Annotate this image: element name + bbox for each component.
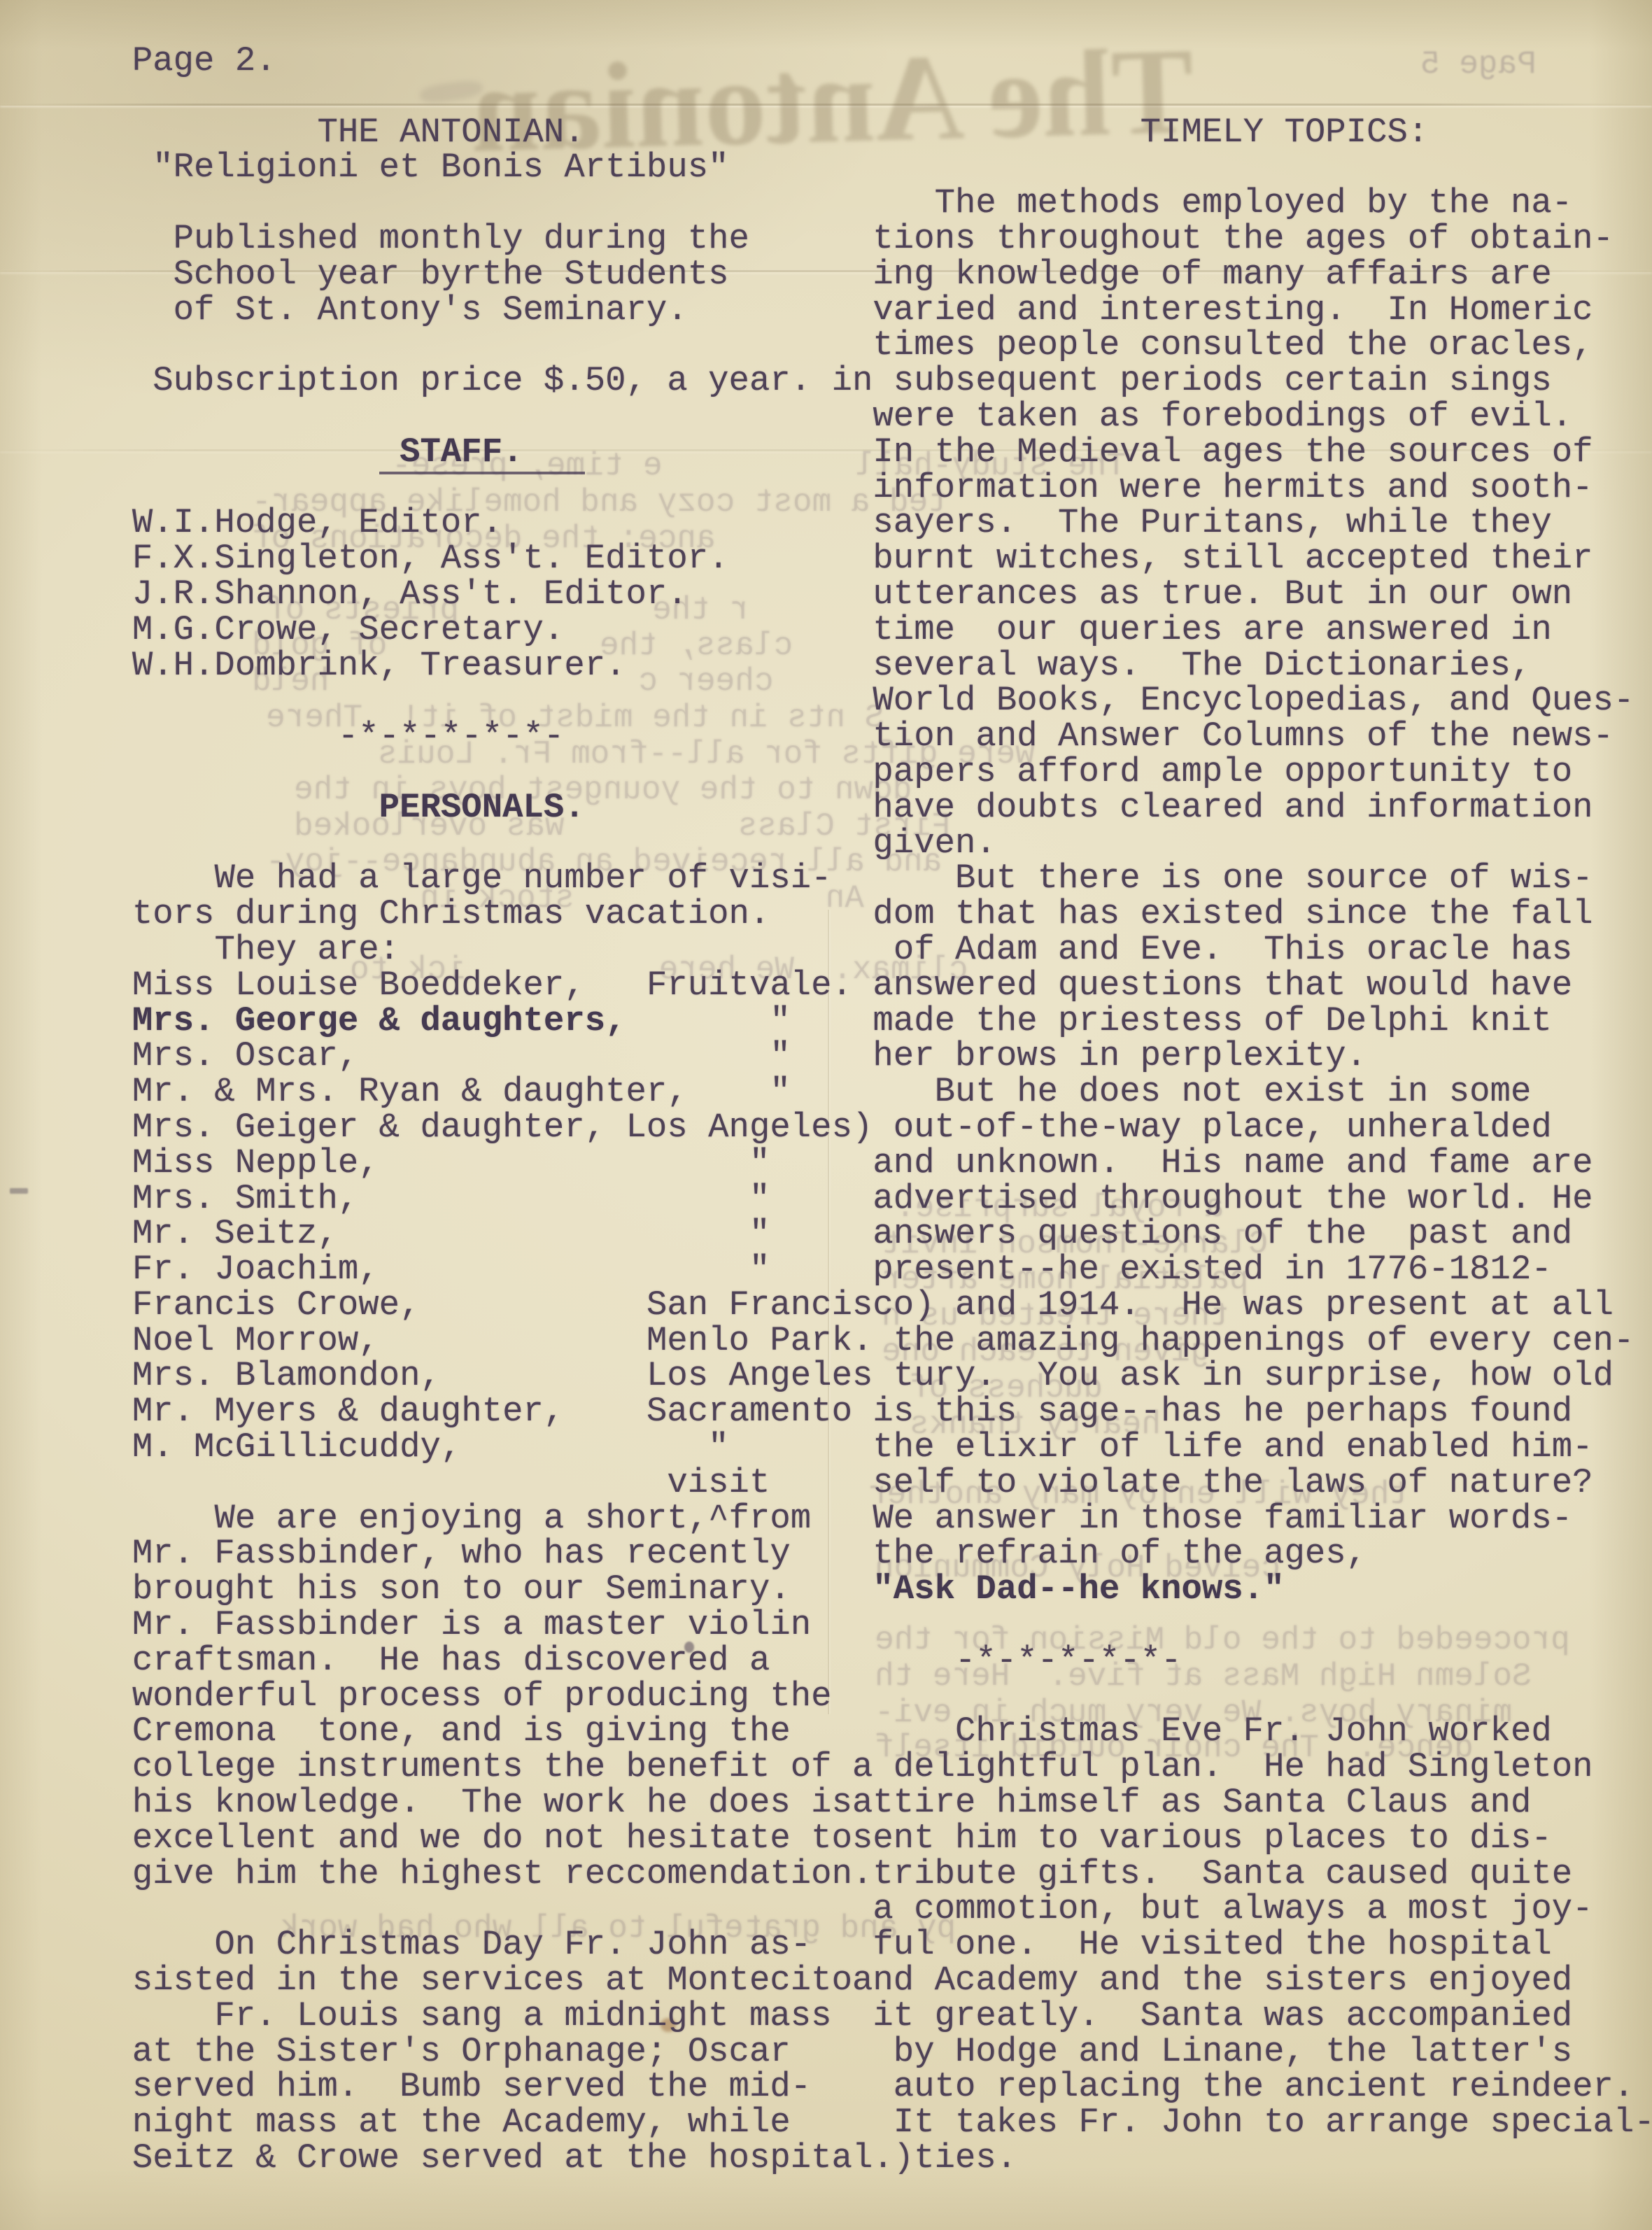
text-line: THE ANTONIAN. TIMELY TOPICS: — [91, 115, 1652, 150]
text-segment: M. McGillicuddy, — [132, 1427, 461, 1467]
text-segment: "Ask Dad--he knows." — [873, 1569, 1284, 1609]
text-segment: Sacramento — [647, 1392, 852, 1431]
text-segment: have doubts cleared and information — [873, 788, 1593, 827]
text-segment: ful one. He visited the hospital — [873, 1925, 1551, 1964]
text-line: Subscription price $.50, a year. in subs… — [91, 363, 1652, 399]
text-segment: present--he existed in 1776-1812- — [873, 1250, 1551, 1289]
text-line: times people consulted the oracles, — [91, 327, 1652, 363]
text-segment: Menlo Park. — [647, 1321, 873, 1360]
text-segment: several ways. The Dictionaries, — [873, 646, 1531, 685]
text-line: Noel Morrow, Menlo Park. the amazing hap… — [91, 1323, 1652, 1359]
text-line: information were hermits and sooth- — [91, 470, 1652, 506]
text-line: given. — [91, 826, 1652, 861]
text-segment: sent him to various places to dis- — [852, 1819, 1552, 1858]
text-segment: Mrs. Smith, — [132, 1179, 358, 1218]
text-segment: tions throughout the ages of obtain- — [873, 219, 1614, 258]
text-segment: We had a large number of visi- — [214, 859, 831, 898]
text-line: Mr. Myers & daughter, Sacramento is this… — [91, 1394, 1652, 1430]
text-segment: of St. Antony's Seminary. — [174, 290, 688, 330]
text-line: excellent and we do not hesitate tosent … — [91, 1821, 1652, 1856]
text-segment: at the Sister's Orphanage; Oscar — [132, 2032, 791, 2071]
text-segment: varied and interesting. In Homeric — [873, 290, 1593, 330]
text-segment: Fr. Louis sang a midnight mass — [214, 1996, 831, 2035]
text-line: -*-*-*-*-*- tion and Answer Columns of t… — [91, 719, 1652, 754]
text-line: Miss Louise Boeddeker, Fruitvale. answer… — [91, 968, 1652, 1003]
text-line: Mrs. Oscar, " her brows in perplexity. — [91, 1038, 1652, 1074]
text-line: Mrs. Blamondon, Los Angeles tury. You as… — [91, 1358, 1652, 1394]
text-segment: the elixir of life and enabled him- — [873, 1427, 1593, 1467]
text-segment: Los Angeles — [647, 1356, 873, 1395]
text-segment: M.G.Crowe, Secretary. — [132, 610, 565, 649]
text-segment: Mr. Seitz, — [132, 1214, 338, 1253]
text-line: tors during Christmas vacation. dom that… — [91, 896, 1652, 932]
text-line — [91, 79, 1652, 115]
text-line: papers afford ample opportunity to — [91, 754, 1652, 790]
typed-text-layer: Page 2. THE ANTONIAN. TIMELY TOPICS: "Re… — [0, 0, 1652, 2176]
text-segment: Mrs. George & daughters, — [132, 1001, 626, 1040]
text-segment: " — [770, 1036, 790, 1075]
text-segment: times people consulted the oracles, — [873, 325, 1593, 365]
text-segment: Seitz & Crowe served at the hospital.) — [132, 2138, 914, 2178]
text-segment: time our queries are answered in — [873, 610, 1551, 649]
text-line: Mr. Fassbinder is a master violin — [91, 1607, 1652, 1643]
text-segment: -*-*-*-*-*- — [338, 717, 564, 756]
text-segment: Cremona tone, and is giving the — [132, 1712, 791, 1751]
text-line: School year byrthe Students ing knowledg… — [91, 257, 1652, 292]
text-segment: TIMELY TOPICS: — [1141, 113, 1429, 152]
text-line: Mrs. Smith, " advertised throughout the … — [91, 1181, 1652, 1217]
text-segment: The methods employed by the na- — [935, 183, 1573, 223]
text-line: F.X.Singleton, Ass't. Editor. burnt witc… — [91, 541, 1652, 577]
text-segment: and 1914. He was present at all — [955, 1285, 1614, 1325]
text-line: Seitz & Crowe served at the hospital.)ti… — [91, 2140, 1652, 2176]
text-line: W.H.Dombrink, Treasurer. several ways. T… — [91, 648, 1652, 684]
text-segment: But he does not exist in some — [935, 1072, 1532, 1111]
text-segment: " — [749, 1143, 770, 1183]
text-segment: sisted in the services at Montecito — [132, 1961, 852, 2000]
text-line: Mr. Fassbinder, who has recently the ref… — [91, 1536, 1652, 1572]
text-segment: " — [770, 1001, 790, 1040]
text-line: They are: of Adam and Eve. This oracle h… — [91, 932, 1652, 968]
text-segment: night mass at the Academy, while — [132, 2103, 791, 2142]
text-segment: by Hodge and Linane, the latter's — [894, 2032, 1572, 2071]
text-segment: It takes Fr. John to arrange special- — [894, 2103, 1652, 2142]
text-segment: W.I.Hodge, Editor. — [132, 503, 502, 542]
text-segment: burnt witches, still accepted their — [873, 539, 1593, 578]
text-segment: a delightful plan. He had Singleton — [852, 1747, 1593, 1786]
text-segment: But there is one source of wis- — [955, 859, 1593, 898]
text-segment: information were hermits and sooth- — [873, 468, 1593, 507]
text-segment: in subsequent periods certain sings — [832, 361, 1552, 400]
text-line: Miss Nepple, " and unknown. His name and… — [91, 1145, 1652, 1181]
text-segment: " — [770, 1072, 790, 1111]
text-segment: and unknown. His name and fame are — [873, 1143, 1593, 1183]
text-line: of St. Antony's Seminary. varied and int… — [91, 292, 1652, 328]
text-line: On Christmas Day Fr. John as- ful one. H… — [91, 1927, 1652, 1963]
text-segment: tors during Christmas vacation. — [132, 894, 770, 933]
text-segment: out-of-the-way place, unheralded — [894, 1108, 1552, 1147]
text-line: night mass at the Academy, while It take… — [91, 2105, 1652, 2140]
text-segment: the refrain of the ages, — [873, 1534, 1367, 1573]
text-line: M.G.Crowe, Secretary. time our queries a… — [91, 612, 1652, 648]
text-line: Mr. Seitz, " answers questions of the pa… — [91, 1216, 1652, 1252]
text-segment: of Adam and Eve. This oracle has — [894, 930, 1572, 969]
text-segment: Fr. Joachim, — [132, 1250, 379, 1289]
text-line: Cremona tone, and is giving the Christma… — [91, 1714, 1652, 1749]
text-line: "Religioni et Bonis Artibus" — [91, 150, 1652, 185]
text-segment: sayers. The Puritans, while they — [873, 503, 1551, 542]
text-segment: college instruments the benefit of — [132, 1747, 832, 1786]
text-segment: On Christmas Day Fr. John as- — [214, 1925, 811, 1964]
text-segment: ties. — [914, 2138, 1017, 2178]
text-segment: is this sage--has he perhaps found — [873, 1392, 1572, 1431]
text-line: college instruments the benefit of a del… — [91, 1749, 1652, 1785]
text-segment: -*-*-*-*-*- — [955, 1641, 1181, 1680]
text-segment: "Religioni et Bonis Artibus" — [153, 148, 728, 187]
text-segment: craftsman. He has discovered a — [132, 1641, 770, 1680]
text-segment: Published monthly during the — [174, 219, 749, 258]
text-line: his knowledge. The work he does isattire… — [91, 1785, 1652, 1821]
text-segment: and Academy and the sisters enjoyed — [852, 1961, 1572, 2000]
text-segment: tion and Answer Columns of the news- — [873, 717, 1614, 756]
text-line: We are enjoying a short,^from We answer … — [91, 1501, 1652, 1537]
document-page: The Antonian Page 5 The study-hall e tim… — [0, 0, 1652, 2230]
text-line: Page 2. — [91, 43, 1652, 79]
text-segment: self to violate the laws of nature? — [873, 1463, 1593, 1502]
text-segment: They are: — [214, 930, 400, 969]
text-line: visit self to violate the laws of nature… — [91, 1465, 1652, 1501]
text-segment: Mrs. Blamondon, — [132, 1356, 441, 1395]
text-line: served him. Bumb served the mid- auto re… — [91, 2069, 1652, 2105]
text-line: Mr. & Mrs. Ryan & daughter, " But he doe… — [91, 1074, 1652, 1110]
text-line: World Books, Encyclopedias, and Ques- — [91, 683, 1652, 719]
text-segment: visit — [667, 1463, 770, 1502]
text-line: STAFF. In the Medieval ages the sources … — [91, 435, 1652, 470]
text-line: craftsman. He has discovered a -*-*-*-*-… — [91, 1643, 1652, 1679]
text-segment: " — [749, 1214, 770, 1253]
text-segment: Mrs. Oscar, — [132, 1036, 358, 1075]
text-line: give him the highest reccomendation.trib… — [91, 1856, 1652, 1892]
text-segment: tribute gifts. Santa caused quite — [873, 1854, 1572, 1893]
text-segment: San Francisco) — [647, 1285, 935, 1325]
text-segment: papers afford ample opportunity to — [873, 752, 1572, 791]
text-segment: " — [708, 1427, 728, 1467]
text-segment: made the priestess of Delphi knit — [873, 1001, 1551, 1040]
text-segment: J.R.Shannon, Ass't. Editor. — [132, 574, 688, 614]
text-segment: Miss Louise Boeddeker, — [132, 966, 585, 1005]
text-line: wonderful process of producing the — [91, 1679, 1652, 1714]
text-segment: given. — [873, 824, 996, 863]
text-segment: F.X.Singleton, Ass't. Editor. — [132, 539, 729, 578]
text-segment: World Books, Encyclopedias, and Ques- — [873, 681, 1634, 720]
text-line: brought his son to our Seminary. "Ask Da… — [91, 1572, 1652, 1607]
text-line: Mrs. George & daughters, " made the prie… — [91, 1003, 1652, 1039]
text-segment: dom that has existed since the fall — [873, 894, 1593, 933]
text-line: M. McGillicuddy, " the elixir of life an… — [91, 1430, 1652, 1465]
text-segment: the amazing happenings of every cen- — [894, 1321, 1635, 1360]
text-segment: were taken as forebodings of evil. — [873, 397, 1572, 436]
text-line: at the Sister's Orphanage; Oscar by Hodg… — [91, 2034, 1652, 2070]
text-segment: it greatly. Santa was accompanied — [873, 1996, 1572, 2035]
text-segment: Fruitvale. — [647, 966, 852, 1005]
text-segment: Mr. & Mrs. Ryan & daughter, — [132, 1072, 688, 1111]
text-line: were taken as forebodings of evil. — [91, 399, 1652, 435]
text-segment: School year byrthe Students — [174, 255, 729, 294]
text-segment: a commotion, but always a most joy- — [873, 1889, 1593, 1928]
text-segment: " — [749, 1250, 770, 1289]
text-segment: Mrs. Geiger & daughter, Los Angeles) — [132, 1108, 873, 1147]
text-line: W.I.Hodge, Editor. sayers. The Puritans,… — [91, 505, 1652, 541]
text-segment: Mr. Fassbinder is a master violin — [132, 1605, 811, 1644]
text-segment: Subscription price $.50, a year. — [153, 361, 811, 400]
text-segment: Page 2. — [132, 41, 276, 80]
text-segment: Mr. Fassbinder, who has recently — [132, 1534, 791, 1573]
text-line: We had a large number of visi- But there… — [91, 861, 1652, 896]
text-segment: Francis Crowe, — [132, 1285, 421, 1325]
text-line: PERSONALS. have doubts cleared and infor… — [91, 790, 1652, 826]
text-line: Fr. Joachim, " present--he existed in 17… — [91, 1252, 1652, 1287]
text-segment: excellent and we do not hesitate to — [132, 1819, 852, 1858]
text-segment: Mr. Myers & daughter, — [132, 1392, 565, 1431]
text-segment: tury. You ask in surprise, how old — [894, 1356, 1614, 1395]
text-segment: Miss Nepple, — [132, 1143, 379, 1183]
text-segment: attire himself as Santa Claus and — [852, 1783, 1531, 1822]
text-line: The methods employed by the na- — [91, 185, 1652, 221]
text-line: Published monthly during the tions throu… — [91, 221, 1652, 257]
text-segment: brought his son to our Seminary. — [132, 1569, 791, 1609]
text-segment: In the Medieval ages the sources of — [873, 432, 1593, 472]
text-segment: ing knowledge of many affairs are — [873, 255, 1551, 294]
text-segment: " — [749, 1179, 770, 1218]
text-segment: her brows in perplexity. — [873, 1036, 1367, 1075]
text-segment: advertised throughout the world. He — [873, 1179, 1593, 1218]
text-segment: PERSONALS. — [379, 788, 585, 827]
text-segment: give him the highest reccomendation. — [132, 1854, 873, 1893]
text-segment: utterances as true. But in our own — [873, 574, 1572, 614]
text-segment: auto replacing the ancient reindeer. — [894, 2067, 1635, 2106]
text-line: Mrs. Geiger & daughter, Los Angeles) out… — [91, 1110, 1652, 1145]
text-segment: Noel Morrow, — [132, 1321, 379, 1360]
text-line: sisted in the services at Montecitoand A… — [91, 1963, 1652, 1998]
text-line: Fr. Louis sang a midnight mass it greatl… — [91, 1998, 1652, 2034]
text-segment: wonderful process of producing the — [132, 1677, 832, 1716]
text-line: Francis Crowe, San Francisco) and 1914. … — [91, 1287, 1652, 1323]
text-segment: We answer in those familiar words- — [873, 1499, 1572, 1538]
text-segment: W.H.Dombrink, Treasurer. — [132, 646, 626, 685]
text-segment: answers questions of the past and — [873, 1214, 1572, 1253]
text-segment: THE ANTONIAN. — [317, 113, 584, 152]
text-segment: served him. Bumb served the mid- — [132, 2067, 811, 2106]
text-line: J.R.Shannon, Ass't. Editor. utterances a… — [91, 577, 1652, 612]
text-segment: Christmas Eve Fr. John worked — [955, 1712, 1552, 1751]
text-segment: answered questions that would have — [873, 966, 1572, 1005]
text-segment: We are enjoying a short,^from — [214, 1499, 811, 1538]
text-segment: his knowledge. The work he does is — [132, 1783, 852, 1822]
text-line: a commotion, but always a most joy- — [91, 1891, 1652, 1927]
